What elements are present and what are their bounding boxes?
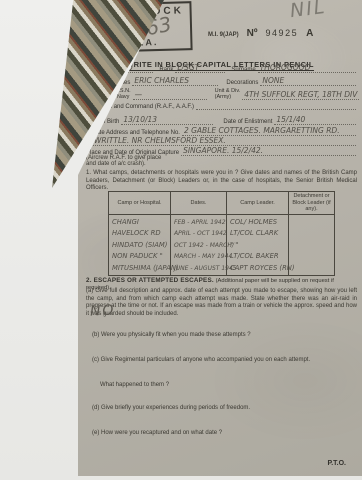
camp-entry: MITUSHIMA (JAPAN): [112, 263, 169, 275]
dates-column: FEB - APRIL 1942 APRIL - OCT 1942 OCT 19…: [171, 214, 227, 276]
dates-entry: MARCH - MAY 1944: [174, 251, 225, 263]
series-letter: A: [306, 28, 313, 39]
camp-column: CHANGI HAVELOCK RD HINDATO (SIAM) NON PA…: [109, 214, 171, 276]
serial-number: 94925: [266, 28, 299, 38]
squadron-value: [196, 109, 356, 110]
detachment-column: [289, 214, 335, 276]
unit-label: Unit & Div. (Army): [207, 88, 243, 100]
photo-canvas: –IAL BLOCK D.A. 63 M.I. 9(JAP) Nº 94925 …: [0, 0, 362, 480]
question-2a: (a) Give full description and approx. da…: [86, 288, 357, 318]
answer-no-handwritten: NO: [90, 302, 116, 319]
enlistment-value: 15/1/40: [274, 115, 356, 125]
leader-entry: COL/ HOLMES: [230, 217, 287, 229]
leader-column: COL/ HOLMES LT/COL CLARK " " LT/COL BAKE…: [227, 214, 289, 276]
christian-names-value: ERIC CHARLES: [132, 76, 218, 86]
rank-value: L/SGT: [175, 63, 225, 73]
camp-entry: HAVELOCK RD: [112, 228, 169, 240]
row-ship-unit: Ship (R.N., U.S.N. or Merchant Navy — Un…: [86, 88, 356, 100]
surname-label: Surname: [225, 67, 257, 73]
camp-entry: NON PADUCK ": [112, 251, 169, 263]
camp-entry: HINDATO (SIAM): [112, 240, 169, 252]
camps-table: Camp or Hospital. Dates. Camp Leader. De…: [108, 191, 335, 276]
pto-footer: P.T.O.: [327, 460, 346, 467]
camps-table-body: CHANGI HAVELOCK RD HINDATO (SIAM) NON PA…: [109, 214, 335, 276]
mi9-reference: M.I. 9(JAP): [208, 32, 239, 38]
row-address: Private Address and Telephone No. 2 GABL…: [86, 126, 356, 136]
question-2c-followup: What happened to them ?: [100, 382, 169, 388]
unit-value: 4TH SUFFOLK REGT, 18TH DIV: [242, 90, 359, 100]
decorations-value: NONE: [260, 76, 356, 86]
dates-entry: OCT 1942 - MARCH/: [174, 240, 225, 252]
address-value-2: WRITTLE. NR CHELMSFORD ESSEX.: [86, 136, 356, 146]
row-squadron: Squadron and Command (R.A.F., A.A.F.): [86, 104, 356, 110]
leader-entry: CAPT ROYCES (RN): [230, 263, 287, 275]
rank-label: Rank: [153, 67, 175, 73]
col-camp-leader: Camp Leader.: [227, 192, 289, 215]
leader-entry: LT/COL BAKER: [230, 251, 287, 263]
question-1: 1. What camps, detachments or hospitals …: [86, 170, 357, 193]
row-address-2: WRITTLE. NR CHELMSFORD ESSEX.: [86, 136, 356, 146]
surname-value: THOROGOOD: [258, 63, 356, 73]
number-label: Nº: [247, 28, 258, 39]
enlistment-label: Date of Enlistment: [213, 119, 274, 125]
question-2c: (c) Give Regimental particulars of anyon…: [92, 357, 310, 363]
col-detachment-leader: Detachment or Block Leader (if any).: [289, 192, 335, 215]
dob-value: 13/10/13: [121, 115, 213, 125]
row-names-decorations: Christian Names ERIC CHARLES Decorations…: [86, 76, 356, 86]
dates-entry: JUNE - AUGUST 1945: [174, 263, 225, 275]
question-2d: (d) Give briefly your experiences during…: [92, 405, 250, 411]
leader-entry: LT/COL CLARK: [230, 228, 287, 240]
decorations-label: Decorations: [218, 80, 260, 86]
dates-entry: FEB - APRIL 1942: [174, 217, 225, 229]
capture-note-2: and date of a/c crash).: [86, 162, 146, 168]
row-birth-enlistment: Date of Birth 13/10/13 Date of Enlistmen…: [86, 115, 356, 125]
dates-entry: APRIL - OCT 1942: [174, 228, 225, 240]
question-2b: (b) Were you physically fit when you mad…: [92, 332, 251, 338]
handwritten-nil: NIL: [289, 0, 328, 22]
col-camp-or-hospital: Camp or Hospital.: [109, 192, 171, 215]
section-2-title: 2. ESCAPES OR ATTEMPTED ESCAPES.: [86, 277, 214, 284]
ship-value: —: [133, 90, 207, 100]
address-value: 2 GABLE COTTAGES. MARGARETTING RD.: [182, 126, 356, 136]
leader-entry: " ": [230, 240, 287, 252]
serial-line: M.I. 9(JAP) Nº 94925 A: [208, 28, 313, 39]
camps-table-header-row: Camp or Hospital. Dates. Camp Leader. De…: [109, 192, 335, 215]
capture-value: SINGAPORE. 15/2/42.: [181, 146, 356, 156]
camp-entry: CHANGI: [112, 217, 169, 229]
question-2e: (e) How were you recaptured and on what …: [92, 430, 222, 436]
col-dates: Dates.: [171, 192, 227, 215]
